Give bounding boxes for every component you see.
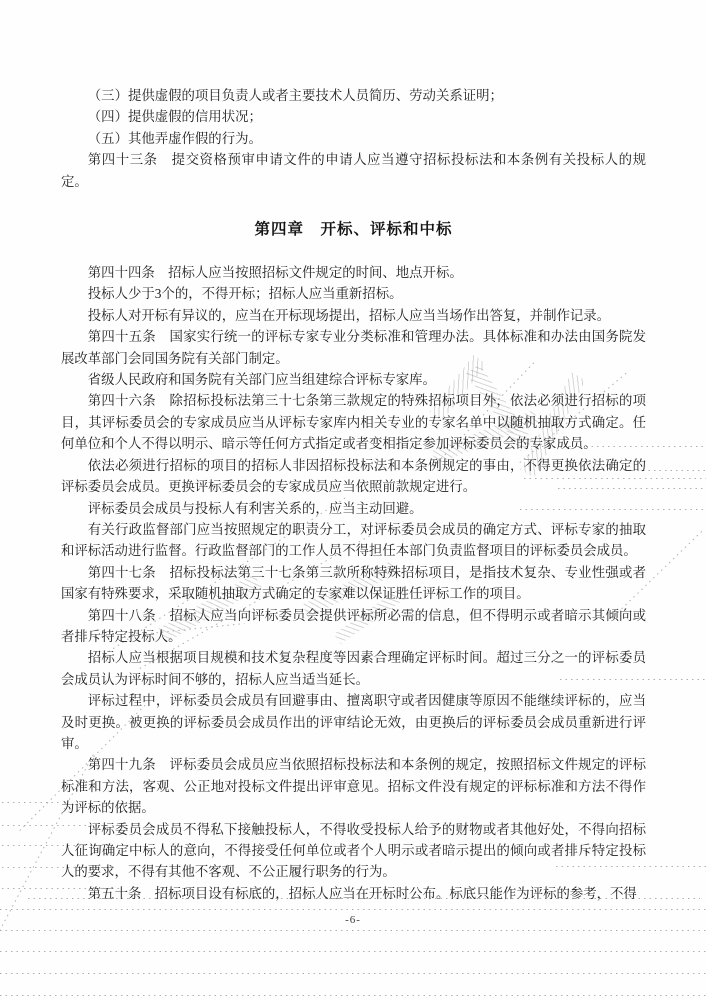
paragraph: （四）提供虚假的信用状况； — [61, 106, 646, 127]
chapter-heading: 第四章 开标、评标和中标 — [61, 218, 646, 242]
paragraph: 评标委员会成员与投标人有利害关系的，应当主动回避。 — [61, 498, 646, 519]
paragraph: 第四十四条 招标人应当按照招标文件规定的时间、地点开标。 — [61, 262, 646, 283]
paragraph: 第四十八条 招标人应当向评标委员会提供评标所必需的信息，但不得明示或者暗示其倾向… — [61, 605, 646, 648]
paragraph: 评标过程中，评标委员会成员有回避事由、擅离职守或者因健康等原因不能继续评标的，应… — [61, 690, 646, 754]
paragraph: 省级人民政府和国务院有关部门应当组建综合评标专家库。 — [61, 369, 646, 390]
page-content: （三）提供虚假的项目负责人或者主要技术人员简历、劳动关系证明； （四）提供虚假的… — [61, 0, 646, 904]
paragraph: 招标人应当根据项目规模和技术复杂程度等因素合理确定评标时间。超过三分之一的评标委… — [61, 647, 646, 690]
paragraph: 投标人少于3个的，不得开标；招标人应当重新招标。 — [61, 283, 646, 304]
paragraph: 第五十条 招标项目设有标底的，招标人应当在开标时公布。标底只能作为评标的参考，不… — [61, 883, 646, 904]
dotted-line — [2, 802, 60, 804]
dotted-line — [0, 951, 706, 953]
paragraph: 第四十五条 国家实行统一的评标专家专业分类标准和管理办法。具体标准和办法由国务院… — [61, 326, 646, 369]
document-page: （三）提供虚假的项目负责人或者主要技术人员简历、劳动关系证明； （四）提供虚假的… — [0, 0, 706, 1000]
paragraph: 有关行政监督部门应当按照规定的职责分工，对评标委员会成员的确定方式、评标专家的抽… — [61, 519, 646, 562]
dotted-line — [0, 930, 706, 932]
paragraph: 评标委员会成员不得私下接触投标人，不得收受投标人给予的财物或者其他好处，不得向招… — [61, 819, 646, 883]
paragraph: （五）其他弄虚作假的行为。 — [61, 128, 646, 149]
paragraph: 第四十六条 除招标投标法第三十七条第三款规定的特殊招标项目外，依法必须进行招标的… — [61, 390, 646, 454]
dotted-line — [0, 973, 706, 975]
dotted-line — [0, 995, 706, 997]
paragraph: 第四十三条 提交资格预审申请文件的申请人应当遵守招标投标法和本条例有关投标人的规… — [61, 149, 646, 192]
paragraph: 第四十七条 招标投标法第三十七条第三款所称特殊招标项目，是指技术复杂、专业性强或… — [61, 562, 646, 605]
paragraph: 第四十九条 评标委员会成员应当依照招标投标法和本条例的规定，按照招标文件规定的评… — [61, 754, 646, 818]
chapter-body-section: 第四十四条 招标人应当按照招标文件规定的时间、地点开标。 投标人少于3个的，不得… — [61, 262, 646, 904]
page-number: -6- — [0, 914, 706, 926]
paragraph: 依法必须进行招标的项目的招标人非因招标投标法和本条例规定的事由，不得更换依法确定… — [61, 455, 646, 498]
paragraph: 投标人对开标有异议的，应当在开标现场提出，招标人应当当场作出答复，并制作记录。 — [61, 305, 646, 326]
intro-section: （三）提供虚假的项目负责人或者主要技术人员简历、劳动关系证明； （四）提供虚假的… — [61, 0, 646, 192]
paragraph: （三）提供虚假的项目负责人或者主要技术人员简历、劳动关系证明； — [61, 85, 646, 106]
dotted-line — [0, 909, 706, 911]
